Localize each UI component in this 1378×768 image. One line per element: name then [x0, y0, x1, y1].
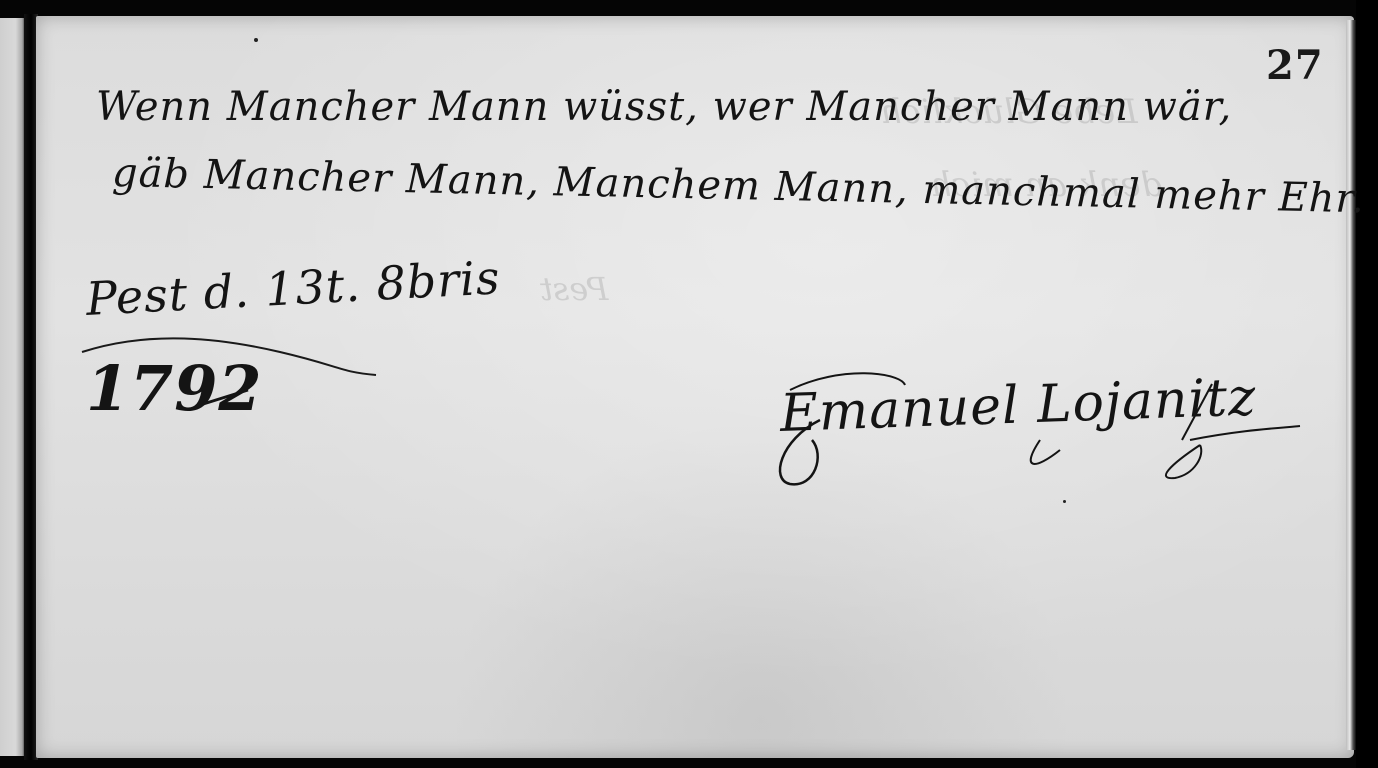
ink-speck — [254, 38, 258, 42]
ink-flourishes — [0, 0, 1378, 768]
ink-speck — [1063, 500, 1066, 503]
